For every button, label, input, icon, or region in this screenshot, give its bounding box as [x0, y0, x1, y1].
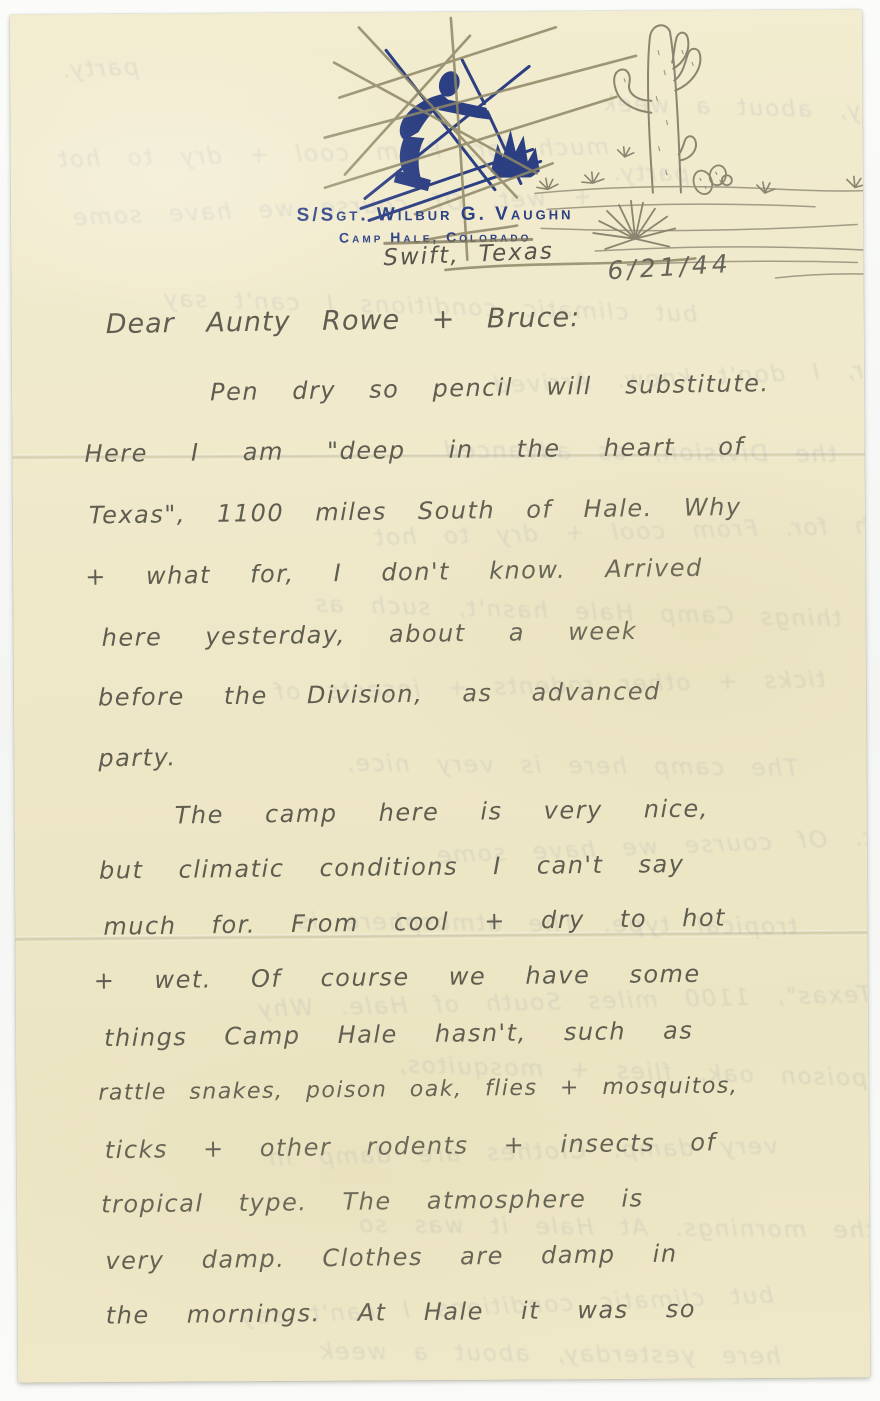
bleed-through-line: The camp here is very nice,	[344, 751, 798, 782]
letter-paper: party. here yesterday, about a week much…	[10, 9, 870, 1382]
bleed-through-line: the mornings. At Hale it was so	[357, 1212, 870, 1244]
letter-line: Pen dry so pencil will substitute.	[210, 369, 770, 406]
letter-line: Here I am "deep in the heart of	[84, 432, 744, 467]
letter-line: The camp here is very nice,	[175, 794, 709, 829]
letter-line: + what for, I don't know. Arrived	[85, 554, 703, 591]
letter-line: the mornings. At Hale it was so	[106, 1295, 696, 1330]
salutation: Dear Aunty Rowe + Bruce:	[106, 302, 581, 340]
letterhead-artwork	[294, 9, 870, 322]
letter-line: ticks + other rodents + insects of	[105, 1128, 717, 1164]
letter-line: here yesterday, about a week	[101, 617, 637, 652]
letter-line: + wet. Of course we have some	[94, 960, 701, 995]
letter-line: rattle snakes, poison oak, flies + mosqu…	[98, 1074, 738, 1106]
letter-line: before the Division, as advanced	[98, 677, 661, 711]
bleed-through-line: party.	[60, 54, 139, 83]
letter-line: Texas", 1100 miles South of Hale. Why	[89, 493, 742, 530]
letter-line: things Camp Hale hasn't, such as	[104, 1016, 694, 1052]
letterhead-name: S/Sgt. Wilbur G. Vaughn	[245, 203, 625, 227]
letter-line: very damp. Clothes are damp in	[105, 1240, 677, 1275]
bleed-through-line: here yesterday, about a week	[318, 1339, 781, 1370]
letter-line: tropical type. The atmosphere is	[101, 1184, 644, 1218]
letter-line: but climatic conditions I can't say	[99, 850, 685, 885]
letter-line: party.	[98, 743, 177, 772]
